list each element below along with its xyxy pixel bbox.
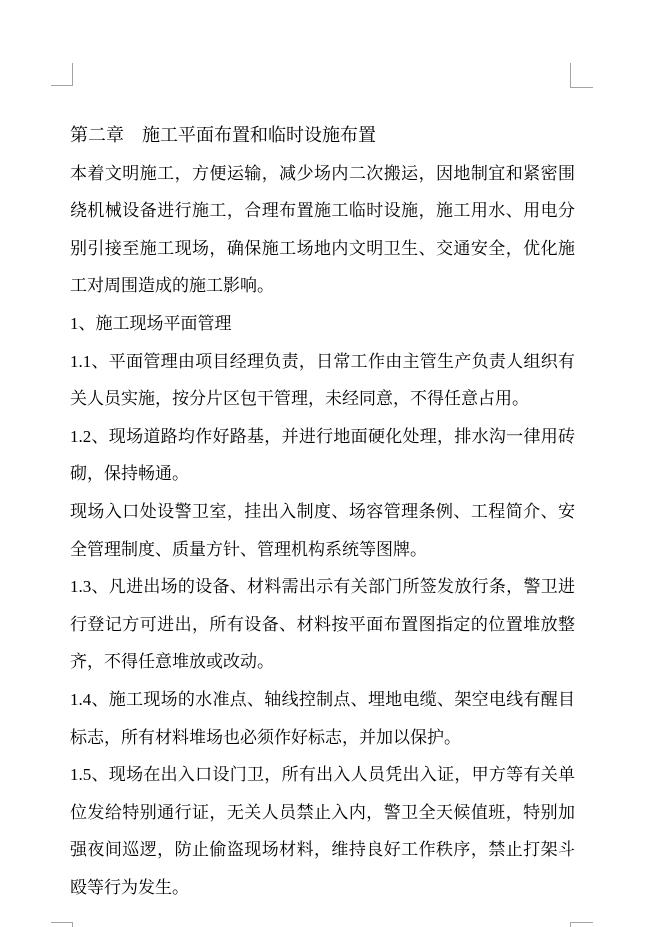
paragraph: 1.3、凡进出场的设备、材料需出示有关部门所签发放行条，警卫进行登记方可进出，所… [70, 568, 575, 681]
paragraph: 现场入口处设警卫室，挂出入制度、场容管理条例、工程简介、安全管理制度、质量方针、… [70, 493, 575, 568]
text-boundary-mark-bottom-right [570, 922, 593, 927]
paragraph: 1.5、现场在出入口设门卫，所有出入人员凭出入证，甲方等有关单位发给特别通行证，… [70, 756, 575, 906]
paragraph: 本着文明施工，方便运输，减少场内二次搬运，因地制宜和紧密围绕机械设备进行施工，合… [70, 155, 575, 305]
text-boundary-mark-bottom-left [51, 922, 73, 927]
paragraph: 1、施工现场平面管理 [70, 305, 575, 343]
document-page: 第二章 施工平面布置和临时设施布置 本着文明施工，方便运输，减少场内二次搬运，因… [0, 0, 663, 927]
paragraph: 1.2、现场道路均作好路基，并进行地面硬化处理，排水沟一律用砖砌，保持畅通。 [70, 418, 575, 493]
text-boundary-mark-top-left [51, 63, 73, 86]
document-body: 第二章 施工平面布置和临时设施布置 本着文明施工，方便运输，减少场内二次搬运，因… [70, 117, 575, 906]
chapter-heading: 第二章 施工平面布置和临时设施布置 [70, 117, 575, 155]
paragraph: 1.1、平面管理由项目经理负责，日常工作由主管生产负责人组织有关人员实施，按分片… [70, 343, 575, 418]
paragraph: 1.4、施工现场的水准点、轴线控制点、埋地电缆、架空电线有醒目标志，所有材料堆场… [70, 681, 575, 756]
paragraph-list: 本着文明施工，方便运输，减少场内二次搬运，因地制宜和紧密围绕机械设备进行施工，合… [70, 155, 575, 907]
text-boundary-mark-top-right [570, 63, 593, 88]
